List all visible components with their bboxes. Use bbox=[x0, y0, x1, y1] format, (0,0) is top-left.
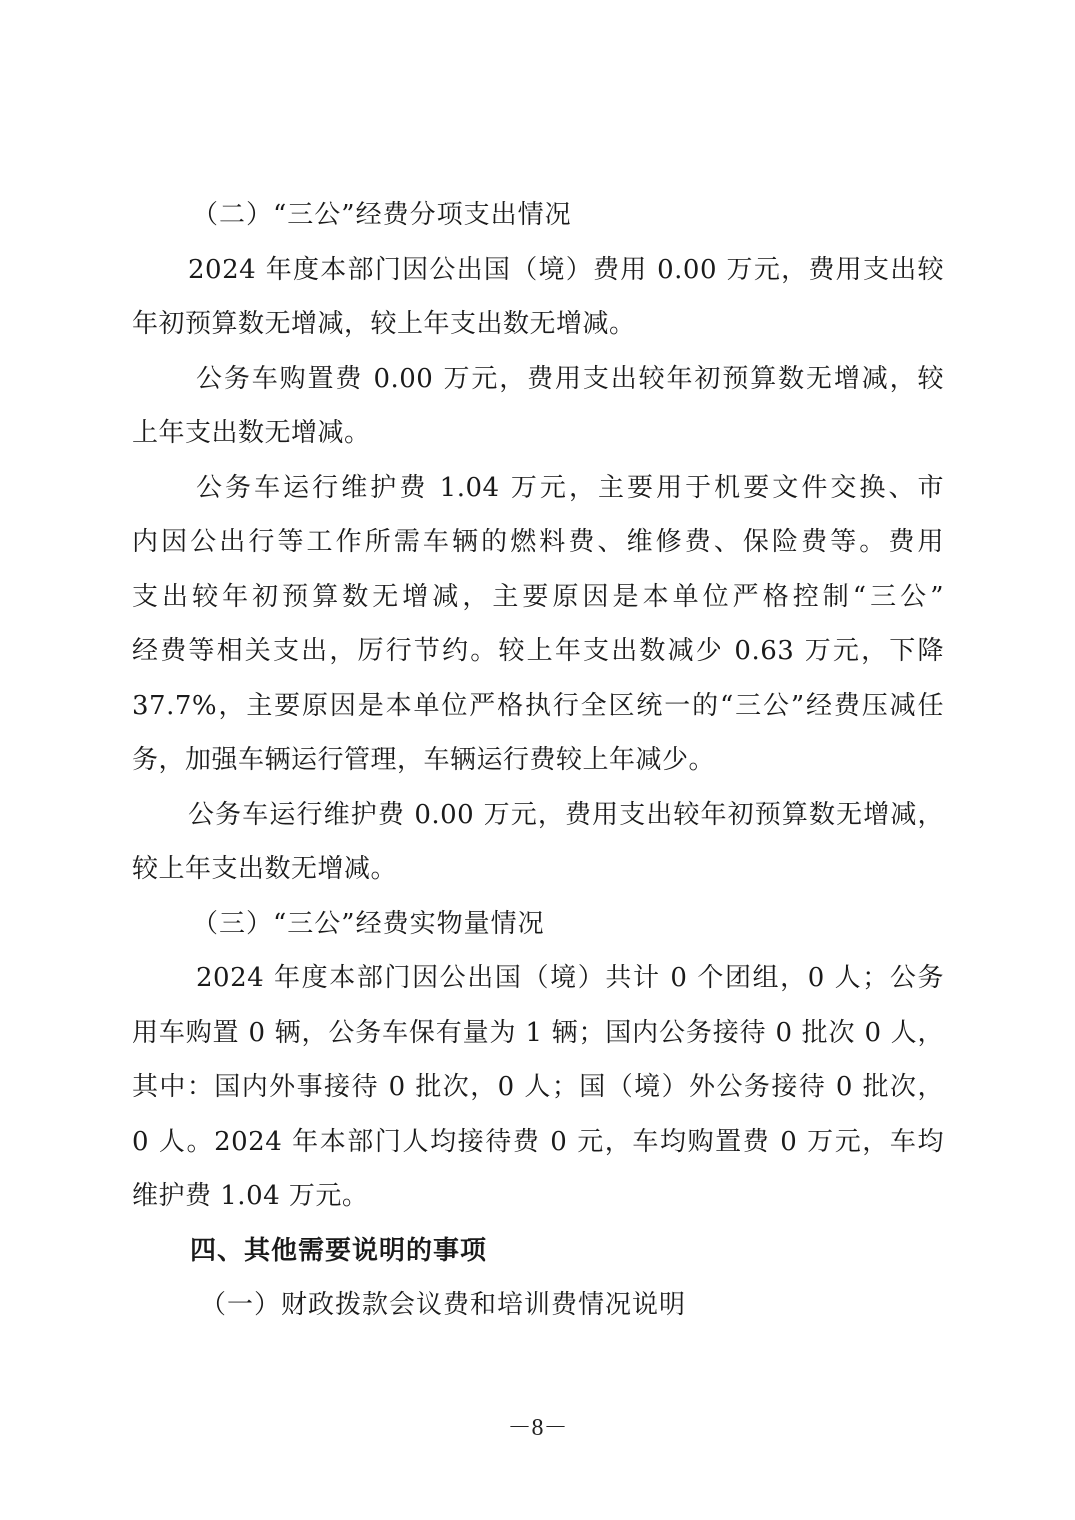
text-line: 公务车运行维护费 1.04 万元，主要用于机要文件交换、市 bbox=[132, 461, 944, 516]
paragraph-vehicle-purchase: 公务车购置费 0.00 万元，费用支出较年初预算数无增减，较 上年支出数无增减。 bbox=[132, 352, 944, 461]
section-heading-three-public-physical: （三）“三公”经费实物量情况 bbox=[132, 897, 944, 952]
text-line: 维护费 1.04 万元。 bbox=[132, 1169, 944, 1224]
text-line: 较上年支出数无增减。 bbox=[132, 842, 944, 897]
paragraph-vehicle-maintenance: 公务车运行维护费 1.04 万元，主要用于机要文件交换、市 内因公出行等工作所需… bbox=[132, 461, 944, 788]
text-line: 其中：国内外事接待 0 批次，0 人；国（境）外公务接待 0 批次， bbox=[132, 1060, 944, 1115]
text-line: 年初预算数无增减，较上年支出数无增减。 bbox=[132, 297, 944, 352]
paragraph-vehicle-maintenance-2: 公务车运行维护费 0.00 万元，费用支出较年初预算数无增减， 较上年支出数无增… bbox=[132, 788, 944, 897]
text-line: 务，加强车辆运行管理，车辆运行费较上年减少。 bbox=[132, 733, 944, 788]
text-line: 用车购置 0 辆，公务车保有量为 1 辆；国内公务接待 0 批次 0 人， bbox=[132, 1006, 944, 1061]
text-line: 0 人。2024 年本部门人均接待费 0 元，车均购置费 0 万元，车均 bbox=[132, 1115, 944, 1170]
text-line: 公务车运行维护费 0.00 万元，费用支出较年初预算数无增减， bbox=[132, 788, 944, 843]
section-heading-three-public-itemized: （二）“三公”经费分项支出情况 bbox=[132, 188, 944, 243]
text-line: 经费等相关支出，厉行节约。较上年支出数减少 0.63 万元，下降 bbox=[132, 624, 944, 679]
subheading-meeting-training-fees: （一）财政拨款会议费和培训费情况说明 bbox=[132, 1278, 944, 1333]
text-line: 公务车购置费 0.00 万元，费用支出较年初预算数无增减，较 bbox=[132, 352, 944, 407]
text-line: 内因公出行等工作所需车辆的燃料费、维修费、保险费等。费用 bbox=[132, 515, 944, 570]
text-line: 支出较年初预算数无增减，主要原因是本单位严格控制“三公” bbox=[132, 570, 944, 625]
document-body: （二）“三公”经费分项支出情况 2024 年度本部门因公出国（境）费用 0.00… bbox=[132, 188, 944, 1333]
paragraph-abroad-expense: 2024 年度本部门因公出国（境）费用 0.00 万元，费用支出较 年初预算数无… bbox=[132, 243, 944, 352]
text-line: 2024 年度本部门因公出国（境）费用 0.00 万元，费用支出较 bbox=[132, 243, 944, 298]
section-heading-other-matters: 四、其他需要说明的事项 bbox=[132, 1224, 944, 1279]
text-line: 2024 年度本部门因公出国（境）共计 0 个团组，0 人；公务 bbox=[132, 951, 944, 1006]
page-number: －8－ bbox=[0, 1407, 1075, 1442]
document-page: （二）“三公”经费分项支出情况 2024 年度本部门因公出国（境）费用 0.00… bbox=[0, 0, 1075, 1520]
text-line: 上年支出数无增减。 bbox=[132, 406, 944, 461]
text-line: 37.7%，主要原因是本单位严格执行全区统一的“三公”经费压减任 bbox=[132, 679, 944, 734]
paragraph-physical-quantity: 2024 年度本部门因公出国（境）共计 0 个团组，0 人；公务 用车购置 0 … bbox=[132, 951, 944, 1224]
